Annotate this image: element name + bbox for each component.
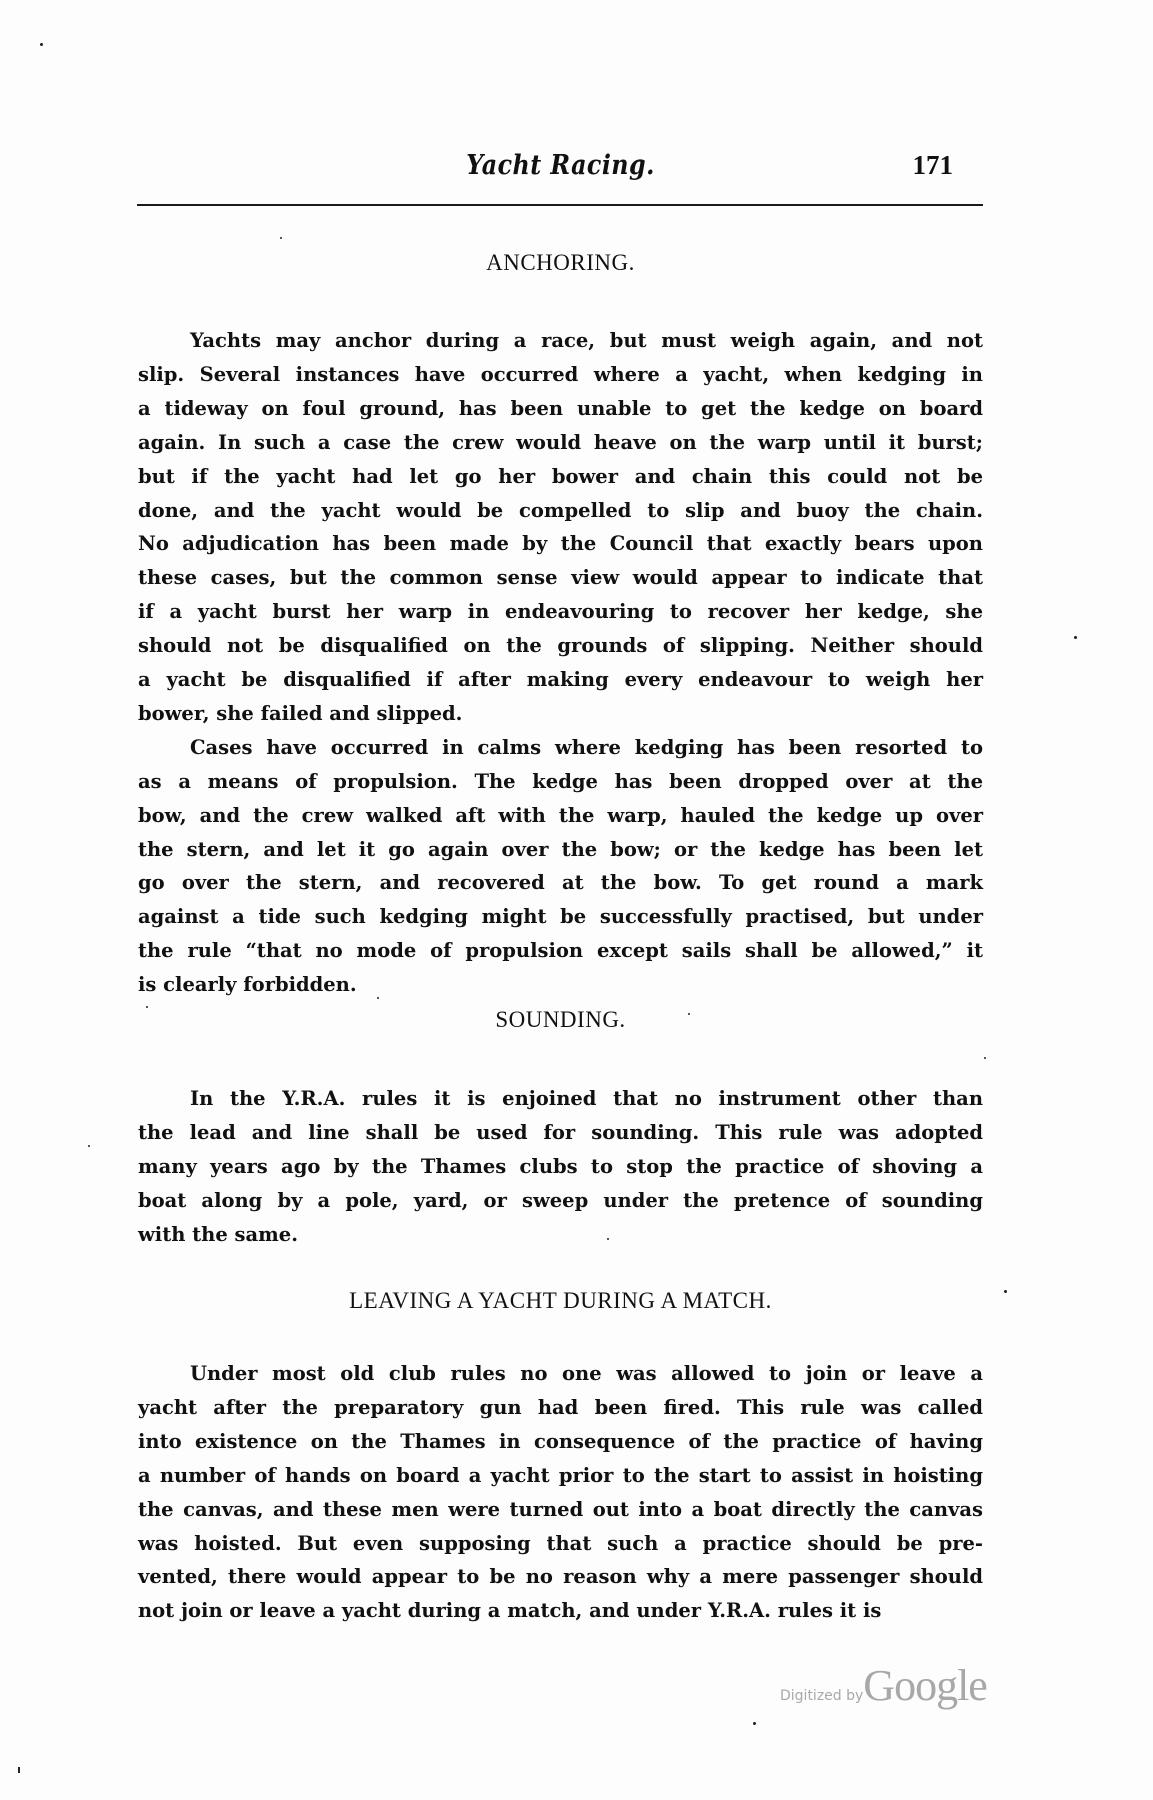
text-line: with the same. [138,1218,983,1252]
text-line: is clearly forbidden. [138,968,983,1002]
scan-speck [40,43,43,46]
text-line: go over the stern, and recovered at the … [138,866,983,900]
text-line: a yacht be disqualified if after making … [138,663,983,697]
text-line: these cases, but the common sense view w… [138,561,983,595]
google-watermark: Digitized byGoogle [780,1660,987,1711]
scan-speck [280,237,282,239]
text-line: yacht after the preparatory gun had been… [138,1391,983,1425]
running-head: Yacht Racing. 171 [138,150,983,194]
text-line: the canvas, and these men were turned ou… [138,1493,983,1527]
text-line: bower, she failed and slipped. [138,697,983,731]
text-line: Yachts may anchor during a race, but mus… [138,324,983,358]
google-logo: Google [863,1661,987,1710]
section-heading: LEAVING A YACHT DURING A MATCH. [138,1288,983,1314]
page-number: 171 [913,150,954,181]
text-line: bow, and the crew walked aft with the wa… [138,799,983,833]
text-line: into existence on the Thames in conseque… [138,1425,983,1459]
text-line: if a yacht burst her warp in endeavourin… [138,595,983,629]
text-line: many years ago by the Thames clubs to st… [138,1150,983,1184]
text-line: In the Y.R.A. rules it is enjoined that … [138,1082,983,1116]
text-line: against a tide such kedging might be suc… [138,900,983,934]
text-line: boat along by a pole, yard, or sweep und… [138,1184,983,1218]
text-line: slip. Several instances have occurred wh… [138,358,983,392]
text-line: but if the yacht had let go her bower an… [138,460,983,494]
text-line: the lead and line shall be used for soun… [138,1116,983,1150]
text-line: the stern, and let it go again over the … [138,833,983,867]
header-rule [137,204,983,206]
text-line: Cases have occurred in calms where kedgi… [138,731,983,765]
text-line: a number of hands on board a yacht prior… [138,1459,983,1493]
scan-speck [984,1057,986,1059]
section-heading: ANCHORING. [138,250,983,276]
section-heading: SOUNDING. [138,1007,983,1033]
text-line: the rule “that no mode of propulsion exc… [138,934,983,968]
scan-speck [607,1238,609,1240]
scan-speck [146,1006,148,1008]
text-line: a tideway on foul ground, has been unabl… [138,392,983,426]
text-line: vented, there would appear to be no reas… [138,1560,983,1594]
text-line: again. In such a case the crew would hea… [138,426,983,460]
scan-speck [377,997,379,999]
scan-speck [88,1145,90,1147]
text-line: No adjudication has been made by the Cou… [138,527,983,561]
scan-speck [1074,636,1077,639]
scan-speck [688,1013,690,1015]
text-line: was hoisted. But even supposing that suc… [138,1527,983,1561]
text-line: not join or leave a yacht during a match… [138,1594,983,1628]
watermark-prefix: Digitized by [780,1688,863,1704]
scan-speck [753,1722,756,1725]
text-line: Under most old club rules no one was all… [138,1357,983,1391]
text-line: done, and the yacht would be compelled t… [138,494,983,528]
text-line: as a means of propulsion. The kedge has … [138,765,983,799]
book-page: Yacht Racing. 171 ANCHORING.Yachts may a… [0,0,1153,1800]
scan-speck [1004,1290,1007,1293]
scan-speck [18,1767,20,1773]
text-line: should not be disqualified on the ground… [138,629,983,663]
running-head-title: Yacht Racing. [189,150,933,181]
